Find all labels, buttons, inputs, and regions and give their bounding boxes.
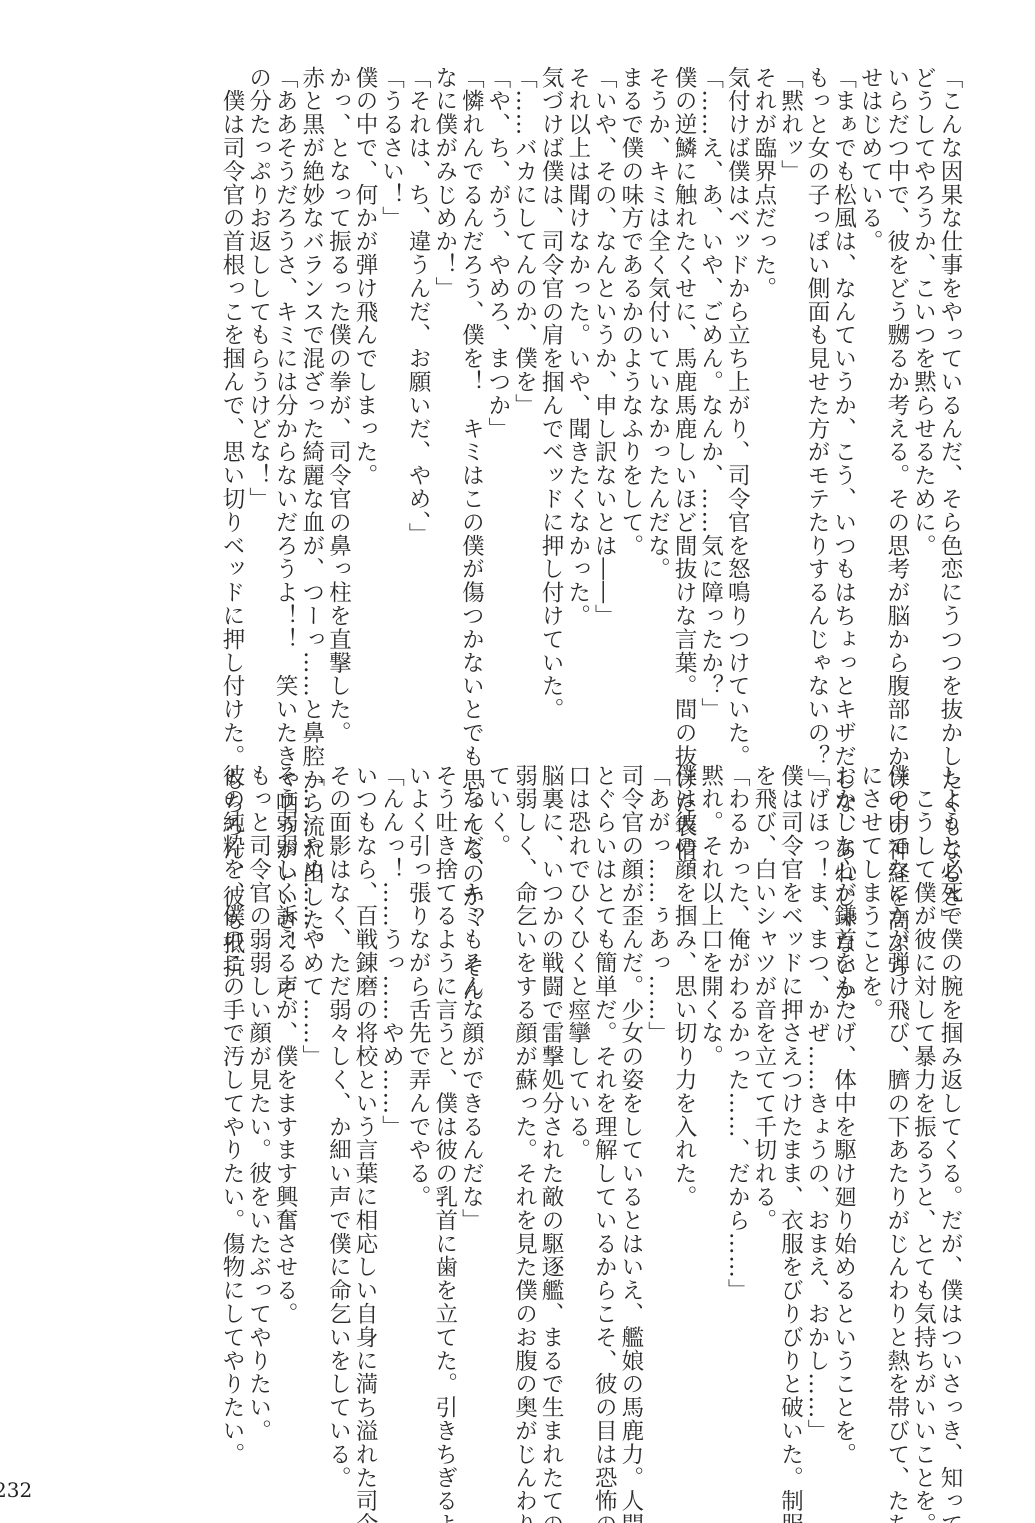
text-block-bottom: しようと必死で僕の腕を掴み返してくる。だが、僕はついさっき、知ってしまった。 こ… — [93, 764, 963, 1414]
text-line: 「ああそうだろうさ、キミには分からないだろうよ！！ 笑いたきゃ哂うがいいさ！ そ — [272, 66, 299, 716]
text-line: 「黙れッ」 — [777, 66, 804, 716]
text-line: 「や、ち、がう、やめろ、まつか」 — [484, 66, 511, 716]
text-line: 「なんだ、キミもそんな顔ができるんだな」 — [458, 764, 485, 1414]
text-block-top: 「こんな因果な仕事をやっているんだ、そら色恋にうつつを抜かしたくもなるさ」どうし… — [93, 66, 963, 716]
text-line: 「うるさい！」 — [378, 66, 405, 716]
book-page: 「こんな因果な仕事をやっているんだ、そら色恋にうつつを抜かしたくもなるさ」どうし… — [0, 0, 1035, 1523]
text-line: 黙れ。それ以上口を開くな。 — [697, 764, 724, 1414]
text-line: 赤と黒が絶妙なバランスで混ざった綺麗な血が、つーっ……と鼻腔から流れ出した。 — [298, 66, 325, 716]
text-line: 僕の逆鱗に触れたくせに、馬鹿馬鹿しいほど間抜けな言葉。間の抜けた表情。 — [670, 66, 697, 716]
text-line: 僕は司令官をベッドに押さえつけたまま、衣服をびりびりと破いた。制服のボタンが宙 — [777, 764, 804, 1414]
text-line: もっと司令官の弱弱しい顔が見たい。彼をいたぶってやりたい。 — [245, 764, 272, 1414]
text-line: を飛び、白いシャツが音を立てて千切れる。 — [750, 764, 777, 1414]
text-line: そう弱弱しく訴える声が、僕をますます興奮させる。 — [272, 764, 299, 1414]
text-line: 「……やめ……やめて……」 — [298, 764, 325, 1414]
text-line: 「げほっ！ま、まつ、かぜ……きょうの、おまえ、おかし……」 — [803, 764, 830, 1414]
text-line: ていく。 — [484, 764, 511, 1414]
text-line: 「いや、その、なんというか、申し訳ないとは――」 — [591, 66, 618, 716]
text-line: 司令官の顔が歪んだ。少女の姿をしているとはいえ、艦娘の馬鹿力。人間の顎を割るこ — [617, 764, 644, 1414]
text-line: 口は恐れでひくひくと痙攣している。 — [564, 764, 591, 1414]
text-line: いつもなら、百戦錬磨の将校という言葉に相応しい自身に満ち溢れた司令官。今の彼に — [351, 764, 378, 1414]
text-line: 「わるかった、俺がわるかった……、だから……」 — [724, 764, 751, 1414]
text-line: 「あがっ……ぅあっ……」 — [644, 764, 671, 1414]
text-line: どうしてやろうか、こいつを黙らせるために。 — [910, 66, 937, 716]
page-number: 232 — [0, 1478, 32, 1502]
text-line: こうして僕が彼に対して暴力を振るうと、とても気持ちがいいことを。 — [910, 764, 937, 1414]
text-line: その面影はなく、ただ弱々しく、か細い声で僕に命乞いをしている。 — [325, 764, 352, 1414]
text-line: しようと必死で僕の腕を掴み返してくる。だが、僕はついさっき、知ってしまった。 — [936, 764, 963, 1414]
text-line: 「憐れんでるんだろう、僕を！ キミはこの僕が傷つかないとでも思ってるのか？ そん — [458, 66, 485, 716]
text-line: そう吐き捨てるように言うと、僕は彼の乳首に歯を立てた。引きちぎるように、歯で勢 — [431, 764, 458, 1414]
text-line: せはじめている。 — [857, 66, 884, 716]
text-line: 「それは、ち、違うんだ、お願いだ、やめ、」 — [405, 66, 432, 716]
text-line: なに僕がみじめか！」 — [431, 66, 458, 716]
text-line: かっ、となって振るった僕の拳が、司令官の鼻っ柱を直撃した。 — [325, 66, 352, 716]
text-line: とぐらいはとても簡単だ。それを理解しているからこそ、彼の目は恐怖の色に彩られ、 — [591, 764, 618, 1414]
text-line: にさせてしまうことを。 — [857, 764, 884, 1414]
text-line: 「……え、あ、いや、ごめん。なんか、……気に障ったか？」 — [697, 66, 724, 716]
text-line: の分たっぷりお返ししてもらうけどな！」 — [245, 66, 272, 716]
text-line: 彼の純粋を、僕のこの手で汚してやりたい。傷物にしてやりたい。 — [218, 764, 245, 1414]
text-line: 僕は彼の顔を掴み、思い切り力を入れた。 — [670, 764, 697, 1414]
text-line: もっと女の子っぽい側面も見せた方がモテたりするんじゃないの？」 — [803, 66, 830, 716]
text-line: 「こんな因果な仕事をやっているんだ、そら色恋にうつつを抜かしたくもなるさ」 — [936, 66, 963, 716]
text-line: いよく引っ張りながら舌先で弄んでやる。 — [405, 764, 432, 1414]
text-line: 気付けば僕はベッドから立ち上がり、司令官を怒鳴りつけていた。 — [724, 66, 751, 716]
text-line: 僕の中で、何かが弾け飛んでしまった。 — [351, 66, 378, 716]
text-line: それが臨界点だった。 — [750, 66, 777, 716]
text-line: 僕の中でなにかが弾け飛び、臍の下あたりがじんわりと熱を帯びて、たちまち自分を女 — [883, 764, 910, 1414]
text-line: それ以上は聞けなかった。いや、聞きたくなかった。 — [564, 66, 591, 716]
text-line: 「まぁでも松風は、なんていうか、こう、いつもはちょっとキザだしな、あれじゃないか… — [830, 66, 857, 716]
text-line: 脳裏に、いつかの戦闘で雷撃処分された敵の駆逐艦、まるで生まれたての子猫のように — [538, 764, 565, 1414]
text-line: おかしな心が鎌首をもたげ、体中を駆け廻り始めるということを。 — [830, 764, 857, 1414]
text-line: そうか、キミは全く気付いていなかったんだな。 — [644, 66, 671, 716]
text-line: 「んんっ！……うっ……やめ……」 — [378, 764, 405, 1414]
text-line: まるで僕の味方であるかのようなふりをして。 — [617, 66, 644, 716]
text-line: いらだつ中で、彼をどう嬲るか考える。その思考が脳から腹部にかけての神経を高ぶら — [883, 66, 910, 716]
text-line: 「……バカにしてんのか、僕を」 — [511, 66, 538, 716]
text-line: 僕は司令官の首根っこを掴んで、思い切りベッドに押し付けた。もちろん、彼も抵抗 — [218, 66, 245, 716]
text-line: 気づけば僕は、司令官の肩を掴んでベッドに押し付けていた。 — [538, 66, 565, 716]
text-line: 弱弱しく、命乞いをする顔が蘇った。それを見た僕のお腹の奥がじんわりと、熱を帯び — [511, 764, 538, 1414]
